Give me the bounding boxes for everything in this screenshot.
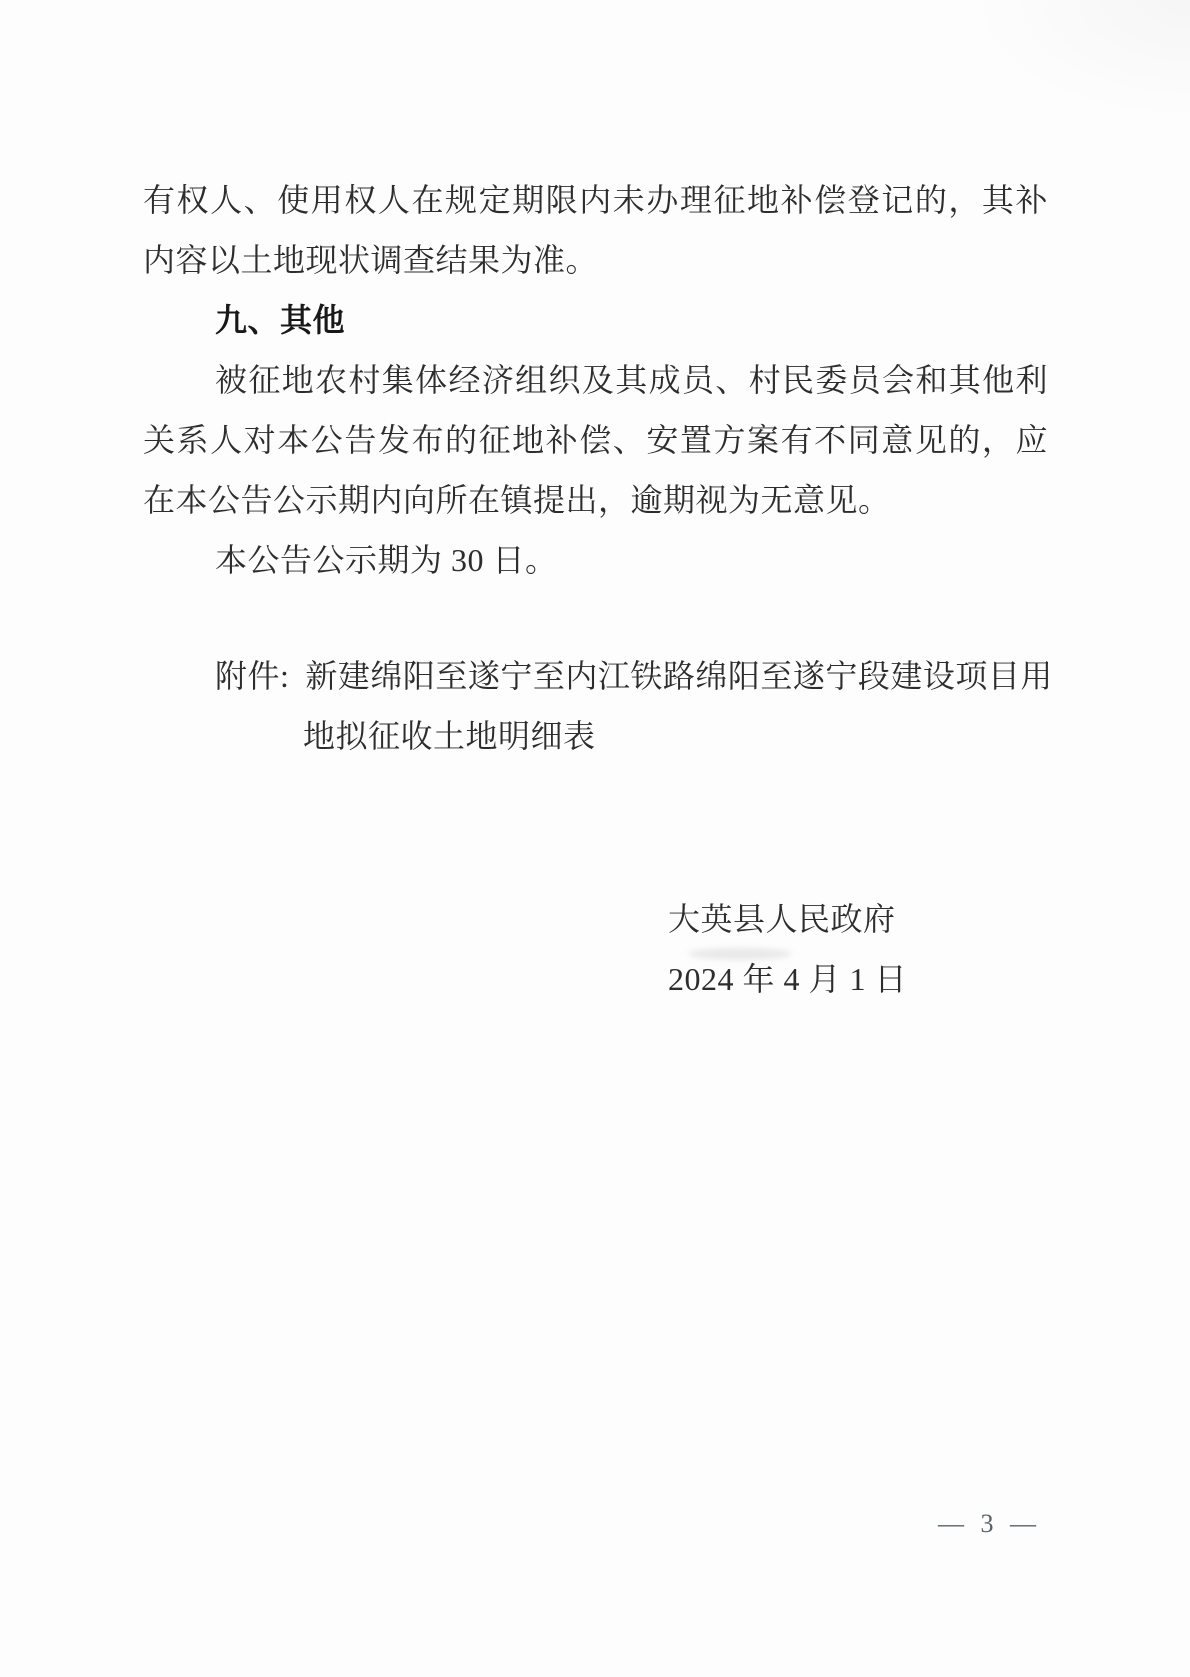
paragraph-publicity-period: 本公告公示期为 30 日。 [143, 530, 1048, 590]
paragraph-continuation-line-2: 内容以土地现状调查结果为准。 [143, 230, 1048, 290]
document-body: 有权人、使用权人在规定期限内未办理征地补偿登记的，其补偿 内容以土地现状调查结果… [143, 170, 1048, 1009]
paragraph-opinions-line-3: 在本公告公示期内向所在镇提出，逾期视为无意见。 [143, 470, 1048, 530]
paragraph-opinions-line-2: 关系人对本公告发布的征地补偿、安置方案有不同意见的，应当 [143, 410, 1048, 470]
issuing-authority: 大英县人民政府 [668, 889, 1048, 949]
attachment-block: 附件:新建绵阳至遂宁至内江铁路绵阳至遂宁段建设项目用 地拟征收土地明细表 [143, 646, 1048, 766]
attachment-title-part-1: 新建绵阳至遂宁至内江铁路绵阳至遂宁段建设项目用 [305, 658, 1048, 694]
attachment-title-part-2: 地拟征收土地明细表 [143, 706, 1048, 766]
attachment-line-1: 附件:新建绵阳至遂宁至内江铁路绵阳至遂宁段建设项目用 [143, 646, 1048, 706]
scan-noise [970, 0, 1190, 120]
paragraph-continuation-line-1: 有权人、使用权人在规定期限内未办理征地补偿登记的，其补偿 [143, 170, 1048, 230]
section-heading: 九、其他 [143, 290, 1048, 350]
attachment-label: 附件: [215, 658, 289, 694]
page-number: — 3 — [938, 1506, 1041, 1542]
scan-smudge [688, 948, 792, 960]
document-page: 有权人、使用权人在规定期限内未办理征地补偿登记的，其补偿 内容以土地现状调查结果… [0, 0, 1190, 1677]
paragraph-opinions-line-1: 被征地农村集体经济组织及其成员、村民委员会和其他利害 [143, 350, 1048, 410]
